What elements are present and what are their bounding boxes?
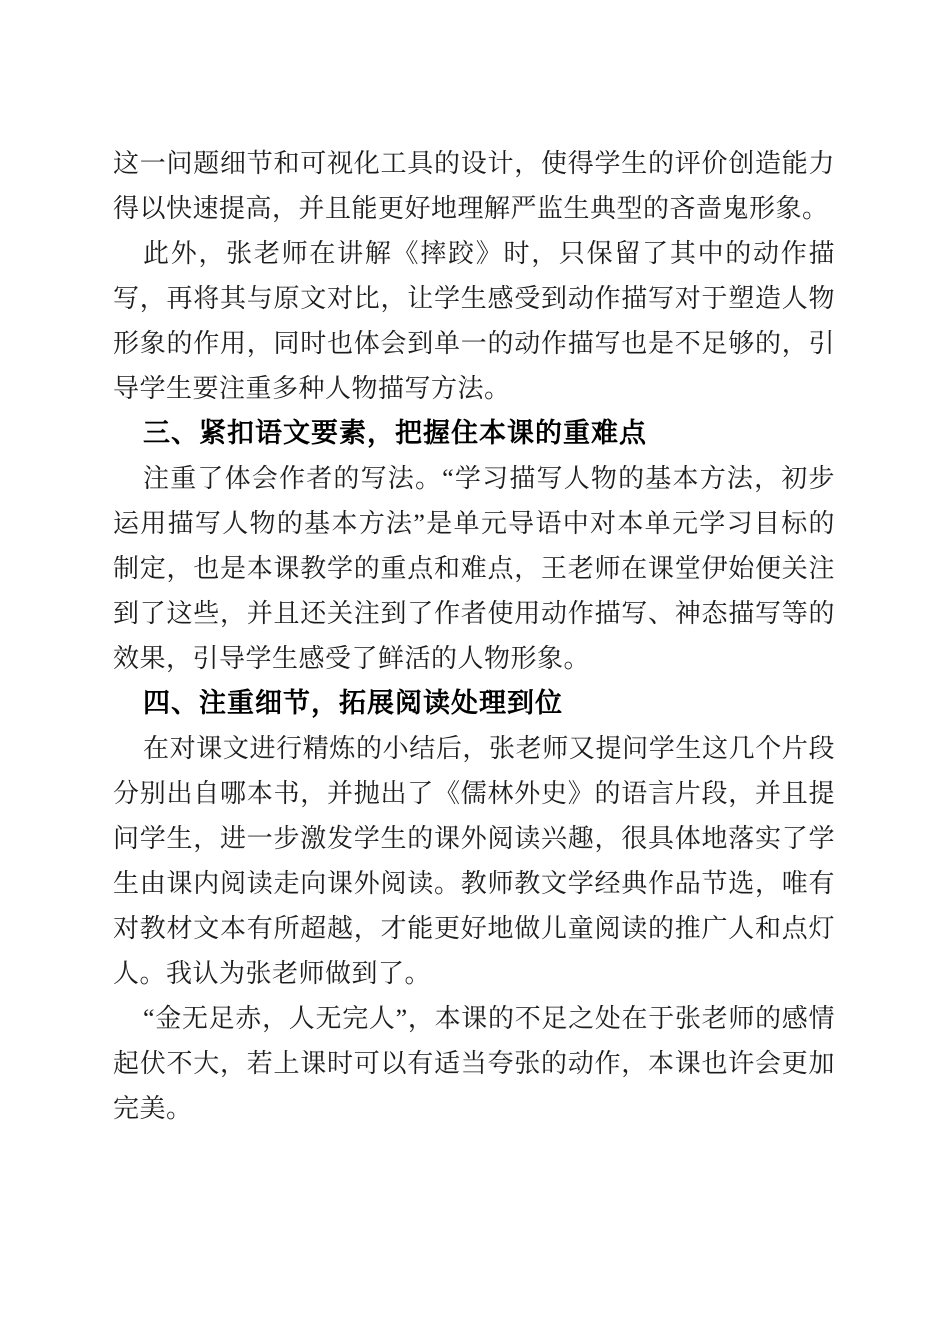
document-body: 这一问题细节和可视化工具的设计，使得学生的评价创造能力得以快速提高，并且能更好地… xyxy=(113,141,835,1131)
paragraph-continuation: 这一问题细节和可视化工具的设计，使得学生的评价创造能力得以快速提高，并且能更好地… xyxy=(113,141,835,231)
paragraph-shuaijiao: 此外，张老师在讲解《摔跤》时，只保留了其中的动作描写，再将其与原文对比，让学生感… xyxy=(113,231,835,411)
section-heading-four: 四、注重细节，拓展阅读处理到位 xyxy=(113,681,835,726)
paragraph-writing-method: 注重了体会作者的写法。“学习描写人物的基本方法，初步运用描写人物的基本方法”是单… xyxy=(113,456,835,681)
document-page: 这一问题细节和可视化工具的设计，使得学生的评价创造能力得以快速提高，并且能更好地… xyxy=(0,0,950,1344)
paragraph-extended-reading: 在对课文进行精炼的小结后，张老师又提问学生这几个片段分别出自哪本书，并抛出了《儒… xyxy=(113,726,835,996)
section-heading-three: 三、紧扣语文要素，把握住本课的重难点 xyxy=(113,411,835,456)
paragraph-conclusion: “金无足赤，人无完人”，本课的不足之处在于张老师的感情起伏不大，若上课时可以有适… xyxy=(113,996,835,1131)
